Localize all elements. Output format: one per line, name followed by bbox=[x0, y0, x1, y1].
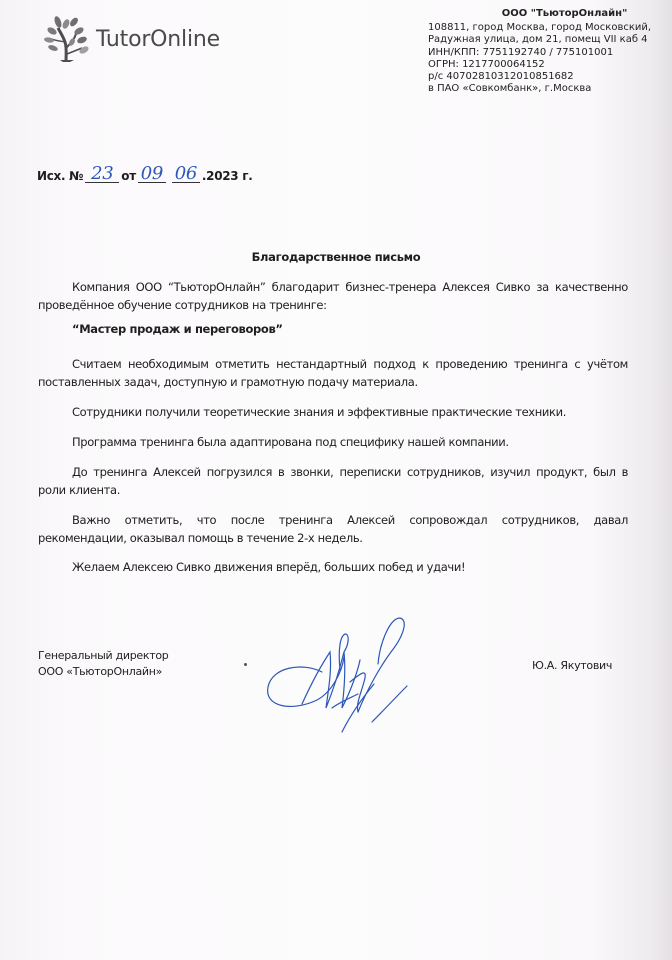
training-title: “Мастер продаж и переговоров” bbox=[38, 320, 628, 338]
tree-icon bbox=[44, 14, 90, 64]
logo-text: TutorOnline bbox=[96, 27, 220, 52]
company-ogrn: ОГРН: 1217700064152 bbox=[428, 59, 651, 71]
reference-month: 06 bbox=[172, 166, 200, 183]
ink-dot bbox=[244, 663, 247, 666]
company-details: ООО "ТьюторОнлайн" 108811, город Москва,… bbox=[428, 8, 651, 95]
reference-prefix: Исх. № bbox=[37, 169, 83, 183]
signatory-name: Ю.А. Якутович bbox=[532, 659, 612, 672]
reference-year: .2023 г. bbox=[202, 169, 253, 183]
signatory-position-title: Генеральный директор bbox=[38, 648, 168, 664]
handwritten-signature-icon bbox=[262, 612, 412, 742]
paragraph-5: До тренинга Алексей погрузился в звонки,… bbox=[38, 463, 628, 499]
outgoing-reference: Исх. № 23 от 09 06 .2023 г. bbox=[37, 166, 252, 183]
reference-day: 09 bbox=[138, 166, 166, 183]
company-bank-account: р/с 40702810312010851682 bbox=[428, 71, 651, 83]
letter-title: Благодарственное письмо bbox=[0, 250, 672, 264]
company-address-line-1: 108811, город Москва, город Московский, bbox=[428, 22, 651, 34]
reference-from-label: от bbox=[121, 169, 136, 183]
paragraph-7: Желаем Алексею Сивко движения вперёд, бо… bbox=[38, 558, 628, 576]
reference-number: 23 bbox=[85, 166, 119, 183]
company-name: ООО "ТьюторОнлайн" bbox=[478, 8, 651, 20]
company-inn-kpp: ИНН/КПП: 7751192740 / 775101001 bbox=[428, 47, 651, 59]
company-address-line-2: Радужная улица, дом 21, помещ VII каб 4 bbox=[428, 34, 651, 46]
paragraph-4: Программа тренинга была адаптирована под… bbox=[38, 433, 628, 451]
paragraph-1: Компания ООО “ТьюторОнлайн” благодарит б… bbox=[38, 278, 628, 314]
company-logo: TutorOnline bbox=[44, 14, 220, 64]
company-bank-name: в ПАО «Совкомбанк», г.Москва bbox=[428, 83, 651, 95]
paragraph-2: Считаем необходимым отметить нестандартн… bbox=[38, 355, 628, 391]
paragraph-3: Сотрудники получили теоретические знания… bbox=[38, 403, 628, 421]
signatory-position: Генеральный директор ООО «ТьюторОнлайн» bbox=[38, 648, 168, 680]
signatory-company: ООО «ТьюторОнлайн» bbox=[38, 664, 168, 680]
paragraph-6: Важно отметить, что после тренинга Алекс… bbox=[38, 511, 628, 547]
